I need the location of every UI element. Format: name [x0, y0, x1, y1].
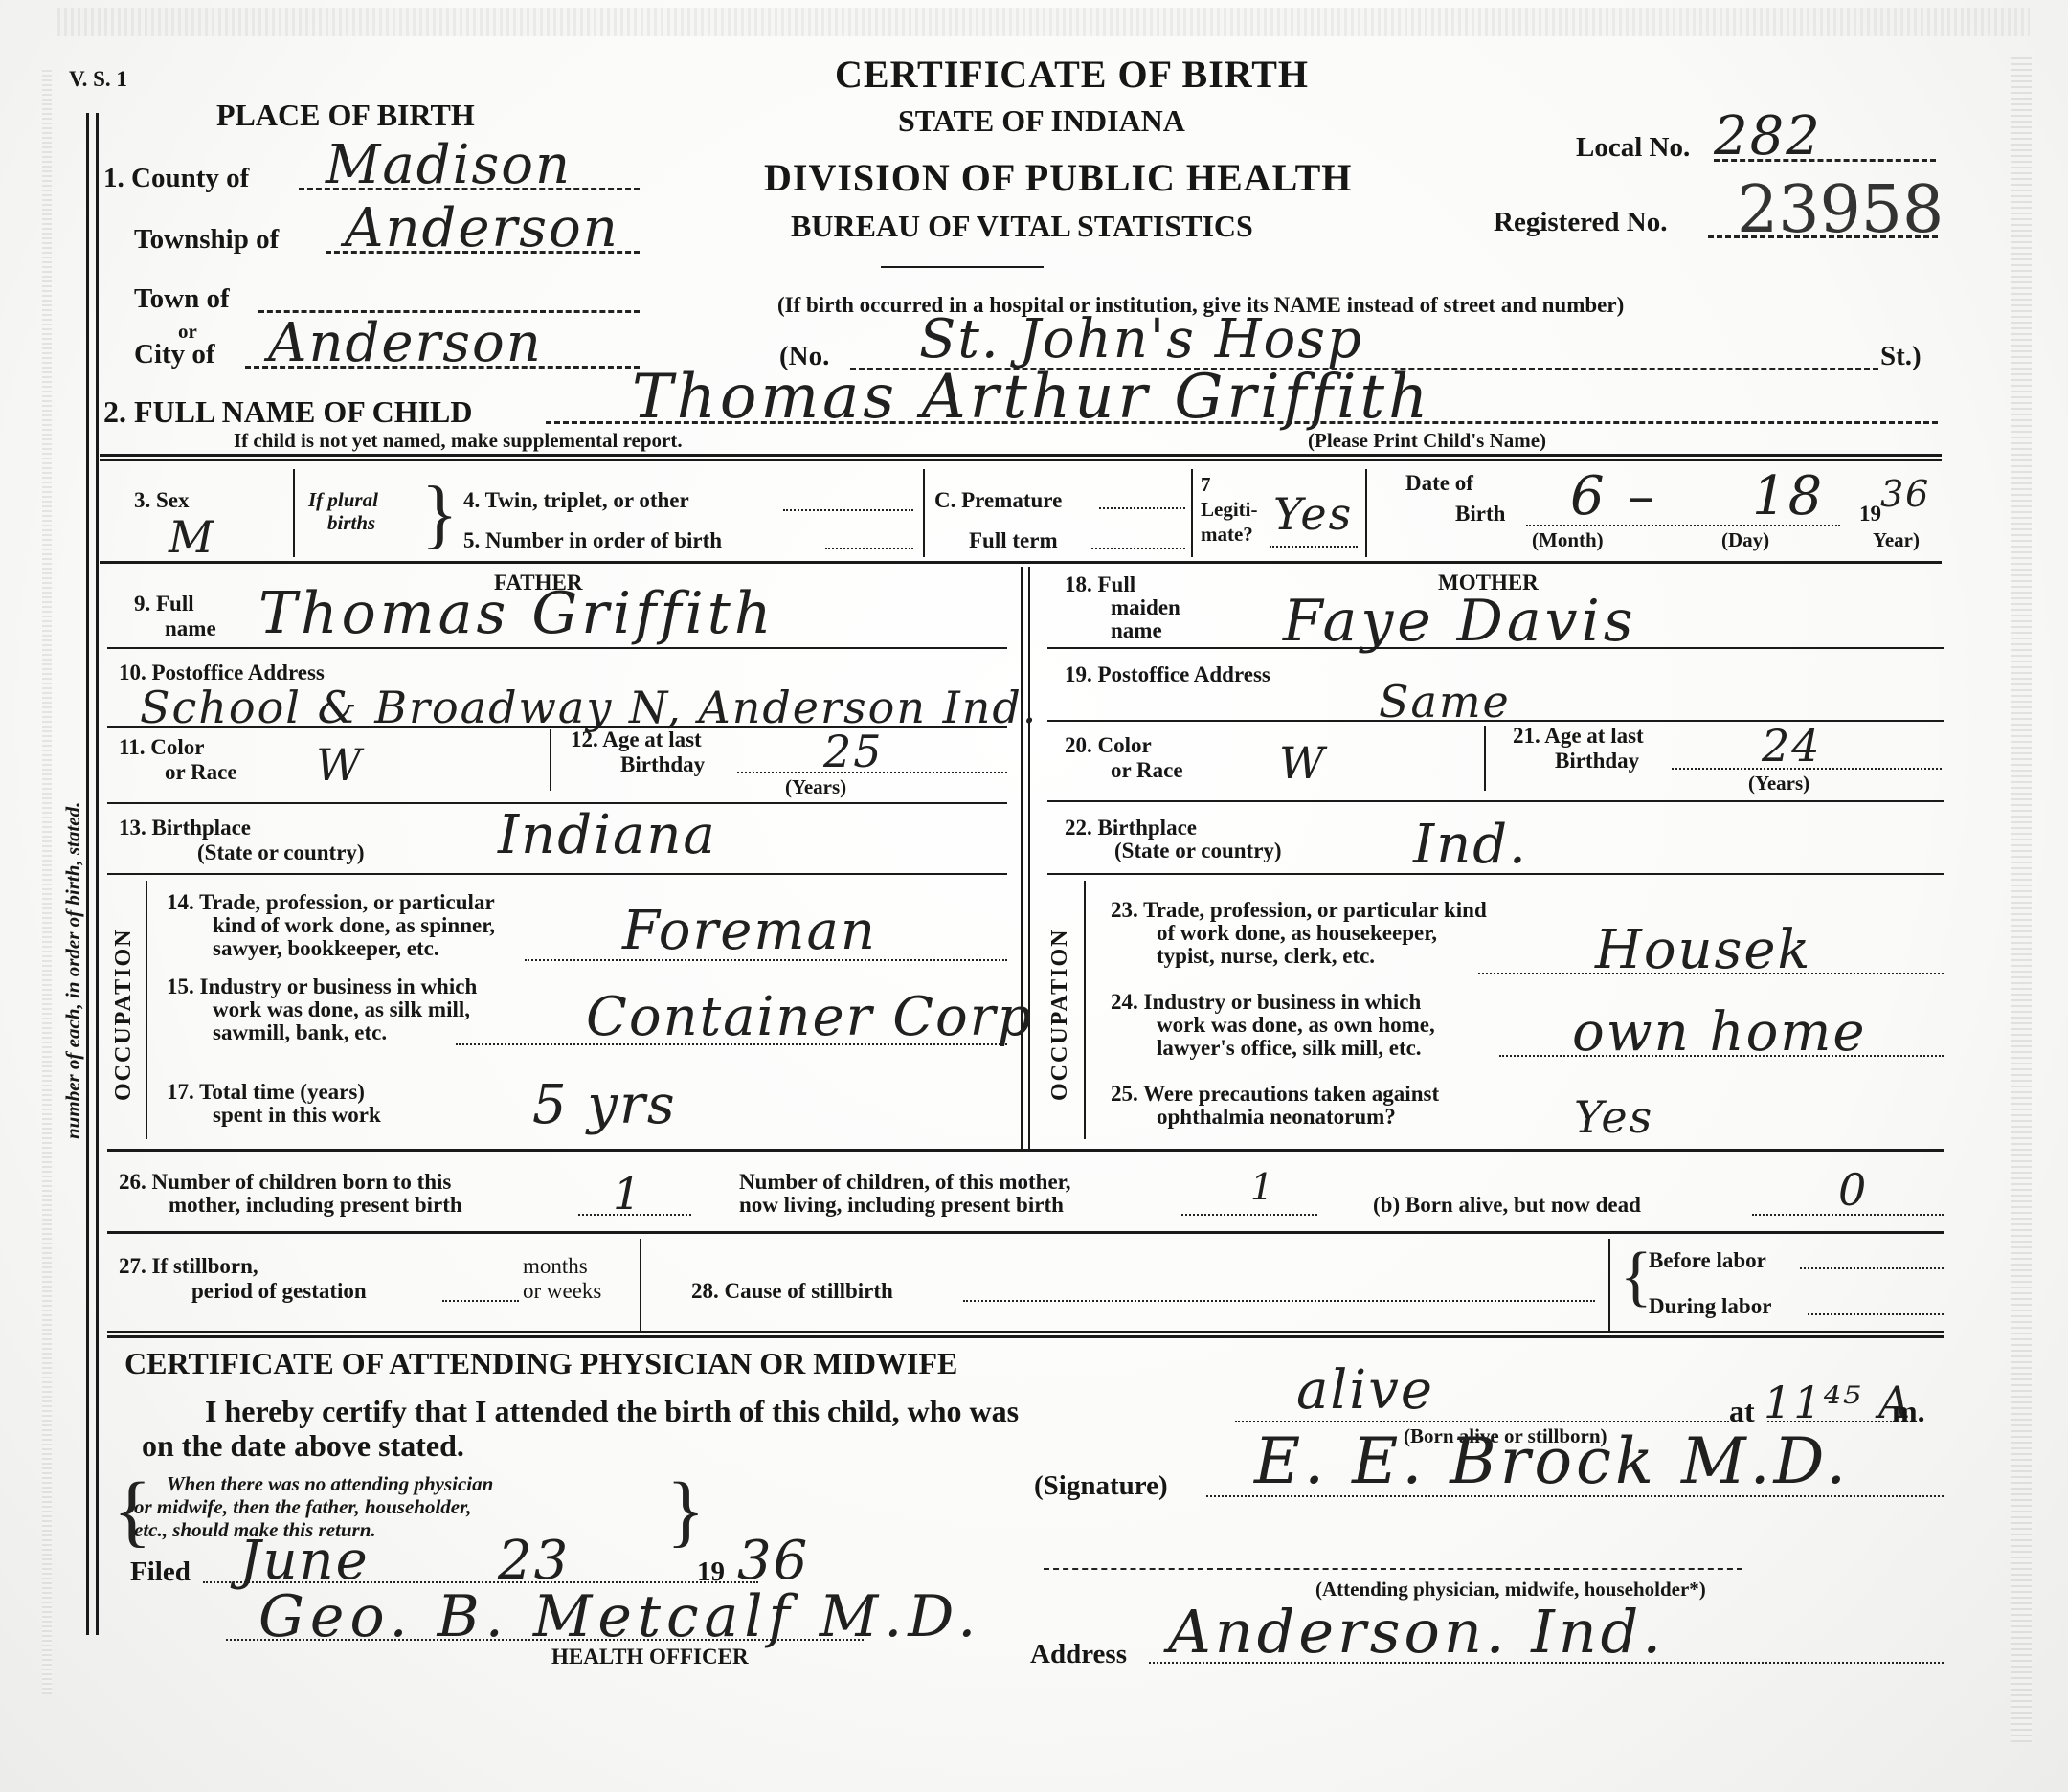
mother-industry-label-3: lawyer's office, silk mill, etc. — [1157, 1036, 1422, 1061]
father-age-label-1: 12. Age at last — [571, 728, 702, 752]
father-birthplace-label-2: (State or country) — [197, 840, 365, 865]
dob-month[interactable]: 6 — [1570, 465, 1607, 527]
birth-time-line — [1767, 1421, 1892, 1422]
father-time-label-2: spent in this work — [213, 1103, 381, 1128]
certificate-title: CERTIFICATE OF BIRTH — [835, 52, 1309, 97]
order-line — [825, 548, 913, 549]
father-time-label-1: 17. Total time (years) — [167, 1080, 365, 1105]
registered-no-line — [1708, 235, 1938, 238]
months-label: months — [523, 1254, 588, 1279]
father-time-value[interactable]: 5 yrs — [532, 1074, 677, 1136]
plural-label-2: births — [327, 511, 375, 535]
mother-trade-label-3: typist, nurse, clerk, etc. — [1157, 944, 1375, 969]
month-caption: (Month) — [1532, 528, 1604, 552]
father-industry-label-2: work was done, as silk mill, — [213, 997, 470, 1022]
legit-label-1: Legiti- — [1201, 498, 1257, 522]
physician-note-1: When there was no attending physician — [167, 1472, 493, 1496]
children-dead-label: (b) Born alive, but now dead — [1373, 1193, 1641, 1218]
place-of-birth-heading: PLACE OF BIRTH — [216, 98, 475, 133]
mother-age-label-2: Birthday — [1555, 749, 1639, 773]
children-living-label-1: Number of children, of this mother, — [739, 1170, 1071, 1195]
order-label: 5. Number in order of birth — [463, 528, 722, 553]
legit-label-2: mate? — [1201, 523, 1253, 547]
divider-gestation — [640, 1239, 641, 1331]
mother-age-label-1: 21. Age at last — [1513, 724, 1644, 749]
divider-father-mother — [1021, 567, 1023, 1149]
dob-day[interactable]: 18 — [1752, 465, 1824, 527]
children-dead-value[interactable]: 0 — [1838, 1164, 1868, 1216]
health-officer-line — [226, 1639, 864, 1641]
mother-industry-label-2: work was done, as own home, — [1157, 1013, 1435, 1038]
scan-edge-right — [2011, 57, 2032, 1742]
mother-color-label-2: or Race — [1111, 758, 1183, 783]
frame-left-outer — [86, 113, 89, 1635]
mother-name-label-1: 18. Full — [1065, 572, 1135, 597]
divider-plural — [923, 469, 925, 557]
cause-line — [963, 1300, 1595, 1302]
mother-industry-label-1: 24. Industry or business in which — [1111, 990, 1421, 1015]
print-note: (Please Print Child's Name) — [1308, 429, 1546, 453]
legit-value[interactable]: Yes — [1273, 488, 1353, 540]
father-industry-label-1: 15. Industry or business in which — [167, 974, 477, 999]
legit-line — [1270, 546, 1358, 548]
township-line — [326, 251, 640, 254]
state-title: STATE OF INDIANA — [898, 103, 1185, 139]
street-suffix: St.) — [1880, 341, 1922, 372]
father-trade-label-3: sawyer, bookkeeper, etc. — [213, 936, 439, 961]
mother-industry-line — [1499, 1055, 1944, 1057]
plural-label-1: If plural — [308, 488, 378, 512]
mother-trade-label-2: of work done, as housekeeper, — [1157, 921, 1437, 946]
gestation-label-1: 27. If stillborn, — [119, 1254, 258, 1279]
before-labor-line — [1800, 1267, 1944, 1269]
dob-year[interactable]: 36 — [1880, 473, 1930, 515]
town-label: Town of — [134, 283, 230, 315]
cause-label: 28. Cause of stillbirth — [691, 1279, 893, 1304]
premature-label: C. Premature — [934, 488, 1062, 513]
during-labor-label: During labor — [1649, 1294, 1771, 1319]
father-trade-label-2: kind of work done, as spinner, — [213, 913, 495, 938]
day-caption: (Day) — [1721, 528, 1769, 552]
dob-separator: – — [1628, 465, 1656, 527]
mother-age-line — [1672, 768, 1942, 770]
born-alive-line — [1235, 1421, 1729, 1422]
note-brace-right-icon: } — [666, 1465, 705, 1557]
divider-father-mother-2 — [1028, 567, 1030, 1149]
labor-brace-icon: { — [1620, 1239, 1652, 1315]
father-color-label-2: or Race — [165, 760, 237, 785]
divider-mother-color — [1484, 726, 1486, 791]
mother-trade-label-1: 23. Trade, profession, or particular kin… — [1111, 898, 1487, 923]
dob-line — [1526, 525, 1840, 526]
divider-cause — [1608, 1239, 1610, 1331]
rule-occupation-bottom — [107, 1149, 1944, 1152]
address-label: Address — [1030, 1639, 1127, 1670]
father-industry-label-3: sawmill, bank, etc. — [213, 1020, 387, 1045]
father-age-line — [737, 772, 1007, 773]
legit-number: 7 — [1201, 473, 1211, 497]
father-trade-value[interactable]: Foreman — [622, 900, 877, 962]
divider-mother-occupation — [1084, 881, 1086, 1139]
division-title: DIVISION OF PUBLIC HEALTH — [764, 155, 1352, 200]
children-living-line — [1181, 1214, 1317, 1216]
city-label: City of — [134, 339, 215, 370]
sex-value[interactable]: M — [169, 511, 215, 563]
father-trade-label-1: 14. Trade, profession, or particular — [167, 890, 495, 915]
dob-label-1: Date of — [1405, 471, 1473, 496]
year-caption: Year) — [1873, 528, 1920, 552]
county-line — [299, 188, 640, 190]
mother-name-label-2: maiden — [1111, 595, 1180, 620]
children-born-line — [578, 1214, 691, 1216]
fullterm-label: Full term — [969, 528, 1058, 553]
divider-sex — [293, 469, 295, 557]
rule-mother-name — [1047, 647, 1944, 649]
scan-edge-left — [42, 67, 52, 1694]
children-born-label-2: mother, including present birth — [169, 1193, 462, 1218]
ophthalmia-label-2: ophthalmia neonatorum? — [1157, 1105, 1396, 1130]
mother-occupation-side: OCCUPATION — [1047, 929, 1073, 1101]
attending-line — [1044, 1568, 1742, 1570]
born-alive-value[interactable]: alive — [1296, 1359, 1434, 1422]
filed-label: Filed — [130, 1557, 191, 1588]
father-industry-line — [456, 1043, 1007, 1045]
mother-name-label-3: name — [1111, 618, 1162, 643]
gestation-line — [442, 1300, 519, 1302]
mother-age-value[interactable]: 24 — [1762, 720, 1822, 772]
father-color-label-1: 11. Color — [119, 735, 204, 760]
local-no-line — [1714, 159, 1936, 162]
mother-color-label-1: 20. Color — [1065, 733, 1152, 758]
local-no-label: Local No. — [1576, 132, 1690, 164]
ophthalmia-value[interactable]: Yes — [1574, 1091, 1653, 1143]
child-name-line — [546, 421, 1938, 424]
dob-label-2: Birth — [1455, 502, 1505, 526]
certify-statement-2: on the date above stated. — [142, 1428, 464, 1464]
mother-trade-line — [1478, 973, 1944, 974]
mother-birthplace-label-1: 22. Birthplace — [1065, 816, 1197, 840]
signature-label: (Signature) — [1034, 1470, 1168, 1502]
physician-note-2: or midwife, then the father, householder… — [134, 1495, 471, 1519]
father-birthplace-label-1: 13. Birthplace — [119, 816, 251, 840]
rule-children-bottom — [107, 1231, 1944, 1234]
health-officer-label: HEALTH OFFICER — [551, 1645, 749, 1669]
rule-child-bottom — [100, 454, 1942, 461]
rule-mother-birthplace — [1047, 873, 1944, 875]
father-birthplace-value[interactable]: Indiana — [498, 804, 717, 866]
birth-certificate-page: number of each, in order of birth, state… — [0, 0, 2068, 1792]
rule-father-birthplace — [107, 873, 1007, 875]
township-label: Township of — [134, 224, 279, 256]
mother-color-value[interactable]: W — [1279, 737, 1326, 789]
children-born-value[interactable]: 1 — [613, 1168, 642, 1220]
weeks-label: or weeks — [523, 1279, 601, 1304]
father-age-label-2: Birthday — [620, 752, 705, 777]
divider-premature — [1191, 469, 1193, 557]
father-trade-line — [525, 959, 1007, 961]
child-name-label: 2. FULL NAME OF CHILD — [103, 394, 473, 430]
dob-century: 19 — [1859, 502, 1881, 526]
divider-father-color — [550, 729, 551, 791]
premature-line — [1099, 507, 1185, 509]
certify-statement: I hereby certify that I attended the bir… — [205, 1394, 1019, 1429]
father-color-value[interactable]: W — [316, 739, 363, 791]
father-age-value[interactable]: 25 — [823, 726, 884, 777]
father-name-label-2: name — [165, 616, 216, 641]
time-suffix: m. — [1892, 1394, 1925, 1429]
mother-name-value[interactable]: Faye Davis — [1283, 588, 1637, 655]
father-occupation-side: OCCUPATION — [111, 929, 137, 1101]
address-line — [1149, 1662, 1944, 1664]
plural-brace-icon: } — [421, 471, 458, 558]
gestation-label-2: period of gestation — [191, 1279, 367, 1304]
divider-father-occupation — [146, 881, 147, 1139]
children-living-value[interactable]: 1 — [1250, 1166, 1275, 1208]
registered-no-label: Registered No. — [1494, 207, 1667, 238]
physician-signature[interactable]: E. E. Brock M.D. — [1254, 1424, 1850, 1498]
side-note: number of each, in order of birth, state… — [61, 802, 85, 1139]
signature-line — [1206, 1495, 1944, 1497]
children-born-label-1: 26. Number of children born to this — [119, 1170, 451, 1195]
county-label: 1. County of — [103, 163, 249, 194]
mother-years-caption: (Years) — [1748, 772, 1809, 795]
before-labor-label: Before labor — [1649, 1248, 1766, 1273]
rule-stillbirth-bottom — [107, 1331, 1944, 1338]
scan-edge-top — [57, 8, 2030, 36]
child-name-note: If child is not yet named, make suppleme… — [234, 429, 683, 453]
address-value[interactable]: Anderson. Ind. — [1168, 1597, 1665, 1667]
mother-address-label: 19. Postoffice Address — [1065, 662, 1270, 687]
mother-birthplace-label-2: (State or country) — [1114, 839, 1282, 863]
sex-label: 3. Sex — [134, 488, 190, 513]
father-industry-value[interactable]: Container Corp — [586, 986, 1033, 1048]
bureau-title: BUREAU OF VITAL STATISTICS — [791, 209, 1253, 244]
rule-father-name — [107, 647, 1007, 649]
divider-legit — [1365, 469, 1367, 557]
title-rule — [881, 266, 1044, 268]
children-dead-line — [1752, 1214, 1944, 1216]
father-name-value[interactable]: Thomas Griffith — [258, 580, 775, 647]
rule-mother-color — [1047, 800, 1944, 802]
frame-left-inner — [96, 113, 99, 1635]
during-labor-line — [1808, 1313, 1944, 1315]
rule-child-row-bottom — [100, 561, 1942, 564]
form-code: V. S. 1 — [69, 67, 127, 92]
father-name-label-1: 9. Full — [134, 592, 194, 616]
father-years-caption: (Years) — [785, 775, 846, 799]
twin-line — [783, 509, 913, 511]
fullterm-line — [1091, 548, 1185, 549]
certificate-heading: CERTIFICATE OF ATTENDING PHYSICIAN OR MI… — [124, 1346, 957, 1381]
mother-birthplace-value[interactable]: Ind. — [1413, 814, 1528, 876]
twin-label: 4. Twin, triplet, or other — [463, 488, 689, 513]
children-living-label-2: now living, including present birth — [739, 1193, 1064, 1218]
ophthalmia-label-1: 25. Were precautions taken against — [1111, 1082, 1439, 1107]
city-line — [245, 366, 640, 369]
